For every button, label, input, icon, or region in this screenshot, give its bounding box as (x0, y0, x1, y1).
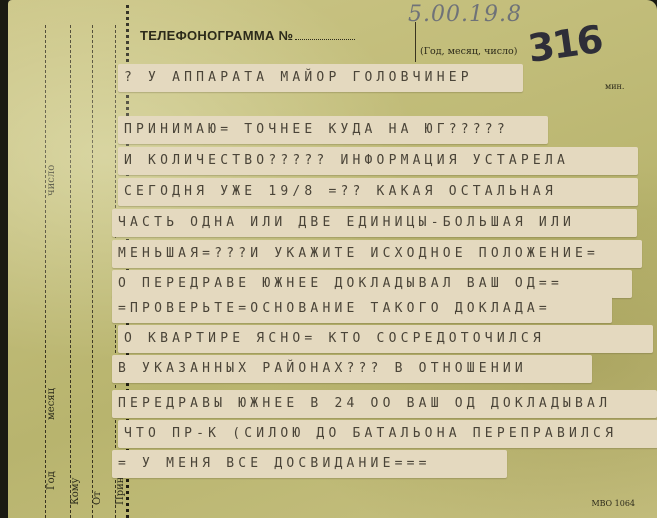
message-line: =ПРОВЕРЬТЕ=ОСНОВАНИЕ ТАКОГО ДОКЛАДА= (112, 295, 612, 323)
margin-label-year: Год (46, 471, 57, 490)
margin-rule (92, 25, 93, 518)
margin-label-to: Кому (70, 478, 81, 505)
message-line: ЧАСТЬ ОДНА ИЛИ ДВЕ ЕДИНИЦЫ-БОЛЬШАЯ ИЛИ (112, 209, 637, 237)
form-title: ТЕЛЕФОНОГРАММА № (140, 28, 355, 43)
message-line: В УКАЗАННЫХ РАЙОНАХ??? В ОТНОШЕНИИ (112, 355, 592, 383)
message-line: О КВАРТИРЕ ЯСНО= КТО СОСРЕДОТОЧИЛСЯ (118, 325, 653, 353)
margin-label-month: месяц (46, 388, 57, 420)
margin-rule (45, 25, 46, 518)
margin-label-number: число (46, 165, 57, 196)
message-line: = У МЕНЯ ВСЕ ДОСВИДАНИЕ=== (112, 450, 507, 478)
header-divider (415, 22, 416, 62)
date-field-label: (Год, месяц, число) (420, 46, 517, 57)
message-line: СЕГОДНЯ УЖЕ 19/8 =?? КАКАЯ ОСТАЛЬНАЯ (118, 178, 638, 206)
message-line: О ПЕРЕДРАВЕ ЮЖНЕЕ ДОКЛАДЫВАЛ ВАШ ОД== (112, 270, 632, 298)
message-line: МЕНЬШАЯ=???И УКАЖИТЕ ИСХОДНОЕ ПОЛОЖЕНИЕ= (112, 240, 642, 268)
message-line: И КОЛИЧЕСТВО????? ИНФОРМАЦИЯ УСТАРЕЛА (118, 147, 638, 175)
margin-label-from: От (92, 491, 103, 505)
message-line: ? У АППАРАТА МАЙОР ГОЛОВЧИНЕР (118, 64, 523, 92)
margin-rule (70, 25, 71, 518)
form-code: МВО 1064 (591, 499, 635, 508)
handwritten-date: 5.00.19.8 (408, 2, 522, 27)
time-field-label: мин. (605, 82, 624, 91)
message-line: ПРИНИМАЮ= ТОЧНЕЕ КУДА НА ЮГ????? (118, 116, 548, 144)
message-line: ПЕРЕДРАВЫ ЮЖНЕЕ В 24 ОО ВАШ ОД ДОКЛАДЫВА… (112, 390, 657, 418)
message-line: ЧТО ПР-К (СИЛОЮ ДО БАТАЛЬОНА ПЕРЕПРАВИЛС… (118, 420, 657, 448)
